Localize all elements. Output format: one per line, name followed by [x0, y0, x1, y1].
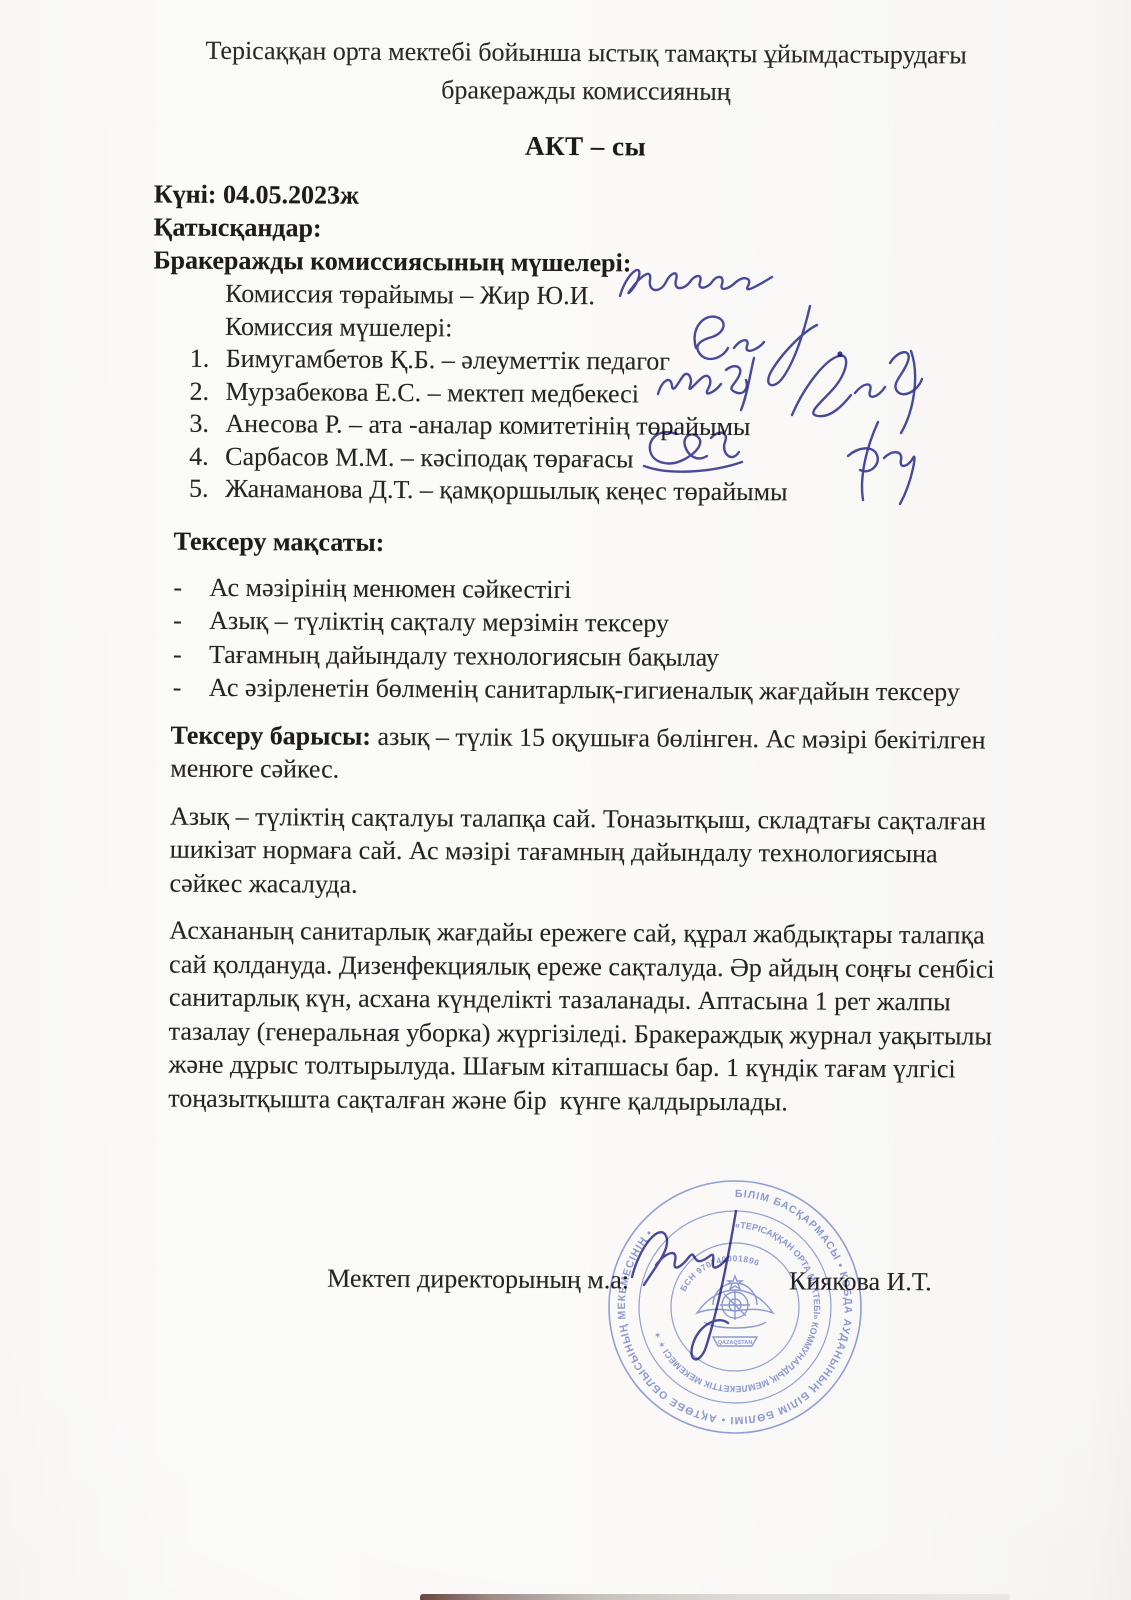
signature-member5-ink — [828, 414, 924, 516]
list-item: - Ас мәзірінің менюмен сәйкестігі — [151, 570, 1014, 609]
commission-label: Бракеражды комиссиясының мүшелері: — [153, 243, 1016, 281]
signature-member2-ink — [650, 352, 775, 414]
list-item: - Азық – түліктің сақталу мерзімін тексе… — [151, 603, 1014, 642]
date-line: Күні: 04.05.2023ж — [154, 177, 1017, 215]
member-text: Мурзабекова Е.С. – мектеп медбекесі — [226, 375, 640, 410]
bullet-dash: - — [173, 570, 209, 604]
purpose-list: - Ас мәзірінің менюмен сәйкестігі - Азық… — [151, 570, 1015, 709]
list-item-text: Тағамның дайындалу технологиясын бақылау — [209, 637, 719, 674]
member-number: 3. — [189, 408, 225, 441]
list-item: - Тағамның дайындалу технологиясын бақыл… — [151, 637, 1014, 676]
signature-director-ink — [622, 1205, 777, 1370]
signature-member4-ink — [638, 418, 750, 476]
document-page: Терісаққан орта мектебі бойынша ыстық та… — [0, 0, 1131, 1600]
member-number: 4. — [189, 440, 225, 473]
sanitary-paragraph: Асхананың санитарлық жағдайы ережеге сай… — [168, 914, 1012, 1120]
list-item: - Ас әзірленетін бөлменің санитарлық-гиг… — [151, 670, 1014, 709]
member-text: Сарбасов М.М. – кәсіподақ төрағасы — [225, 440, 634, 475]
member-text: Жанаманова Д.Т. – қамқоршылық кеңес төра… — [225, 473, 788, 509]
member-number: 5. — [189, 473, 225, 506]
scan-edge-artifact — [420, 1594, 1010, 1600]
bullet-dash: - — [173, 637, 209, 671]
purpose-heading: Тексеру мақсаты: — [174, 524, 1015, 562]
participants-label: Қатысқандар: — [154, 210, 1017, 248]
document-title-line2: бракеражды комиссияның — [154, 69, 1017, 112]
member-number: 2. — [190, 375, 226, 408]
process-bold-lead: Тексеру барысы: — [170, 720, 371, 750]
list-item-text: Ас мәзірінің менюмен сәйкестігі — [209, 570, 571, 606]
storage-paragraph: Азық – түліктің сақталуы талапқа сай. То… — [169, 799, 1013, 905]
document-content: Терісаққан орта мектебі бойынша ыстық та… — [0, 0, 1131, 1299]
document-title-line1: Терісаққан орта мектебі бойынша ыстық та… — [155, 31, 1018, 74]
signature-label: Мектеп директорының м.а: — [327, 1262, 629, 1297]
act-heading: АКТ – сы — [154, 127, 1017, 165]
process-paragraph: Тексеру барысы: азық – түлік 15 оқушыға … — [170, 718, 1013, 790]
member-number: 1. — [190, 343, 226, 376]
list-item-text: Ас әзірленетін бөлменің санитарлық-гигие… — [209, 671, 960, 709]
list-item-text: Азық – түліктің сақталу мерзімін тексеру — [209, 604, 669, 640]
bullet-dash: - — [173, 604, 209, 638]
bullet-dash: - — [173, 671, 209, 705]
member-text: Бимугамбетов Қ.Б. – әлеуметтік педагог — [226, 343, 670, 378]
